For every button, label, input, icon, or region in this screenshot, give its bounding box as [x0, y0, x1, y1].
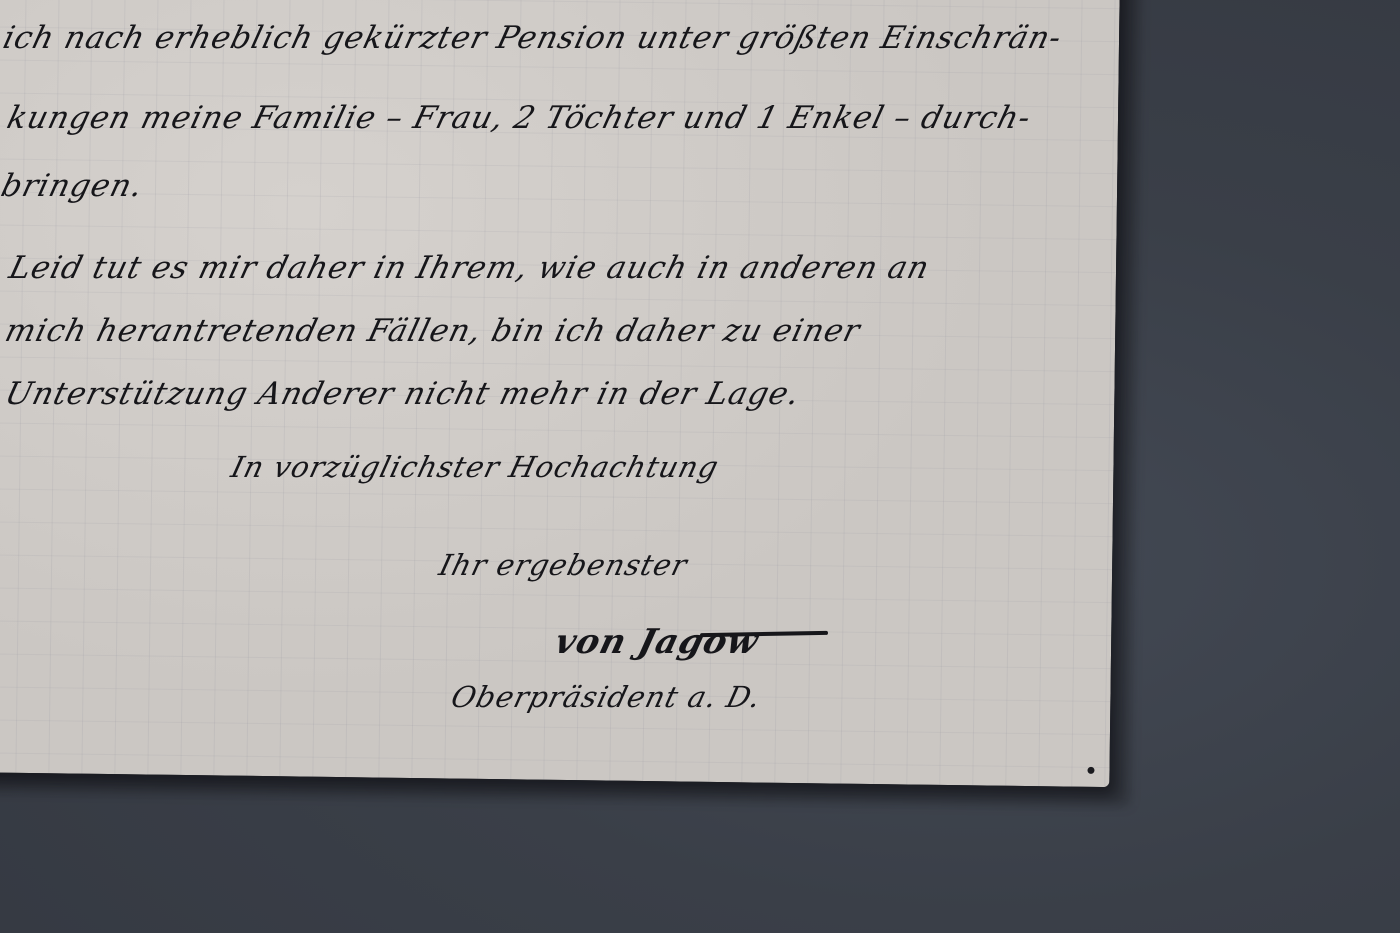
letter-photo: ich nach erheblich gekürzter Pension unt… — [0, 0, 1400, 933]
letter-signature: von Jagow — [551, 622, 763, 662]
letter-body-line-3: bringen. — [0, 168, 147, 204]
letter-signer-title: Oberpräsident a. D. — [448, 680, 765, 714]
letter-body-line-6: Unterstützung Anderer nicht mehr in der … — [2, 376, 804, 412]
ink-spot — [1087, 767, 1094, 774]
letter-closing: In vorzüglichster Hochachtung — [228, 450, 723, 484]
letter-body-line-5: mich herantretenden Fällen, bin ich dahe… — [2, 313, 865, 349]
letter-body-line-1: ich nach erheblich gekürzter Pension unt… — [0, 20, 1066, 56]
letter-body-line-4: Leid tut es mir daher in Ihrem, wie auch… — [6, 250, 934, 286]
letter-body-line-2: kungen meine Familie – Frau, 2 Töchter u… — [4, 100, 1035, 136]
letter-valediction: Ihr ergebenster — [436, 548, 691, 582]
